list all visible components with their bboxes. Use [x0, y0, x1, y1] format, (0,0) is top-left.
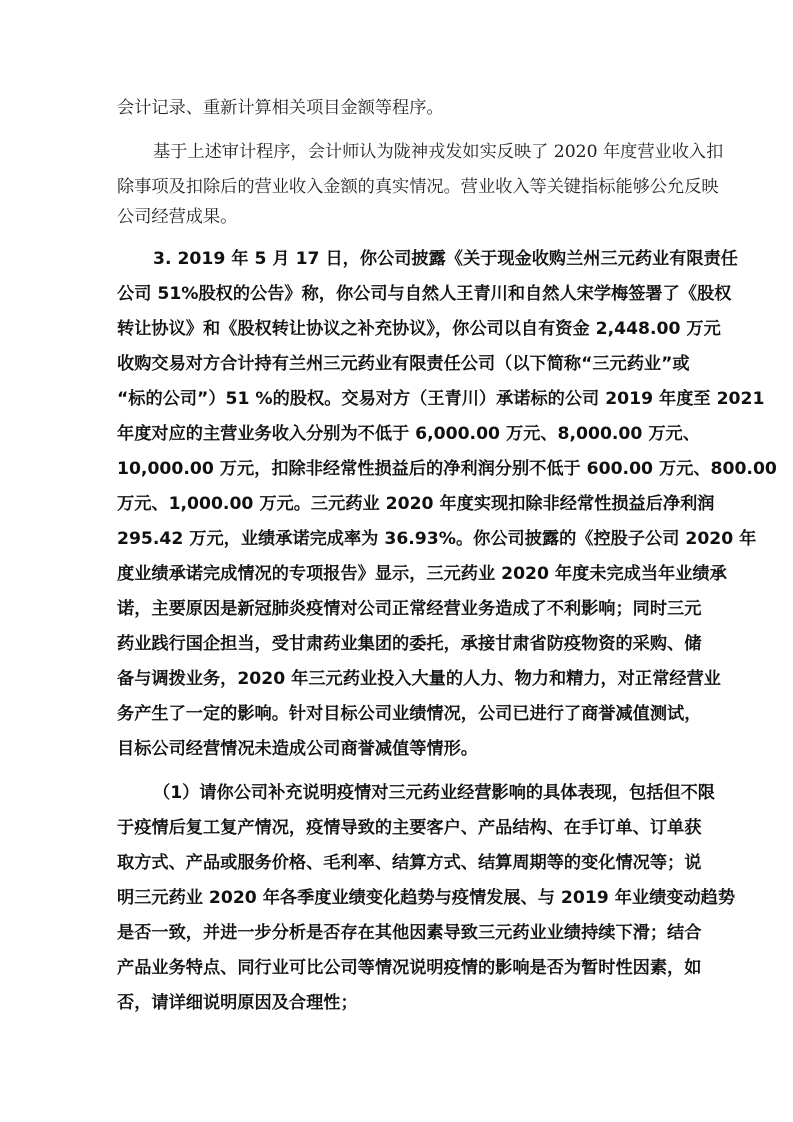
question-line: （1）请你公司补充说明疫情对三元药业经营影响的具体表现，包括但不限	[153, 783, 675, 803]
question-line: 诺，主要原因是新冠肺炎疫情对公司正常经营业务造成了不利影响；同时三元	[117, 599, 675, 619]
question-line: 目标公司经营情况未造成公司商誉减值等情形。	[117, 739, 478, 759]
question-line: 取方式、产品或服务价格、毛利率、结算方式、结算周期等的变化情况等；说	[117, 853, 675, 873]
question-line: 否，请详细说明原因及合理性；	[117, 993, 358, 1013]
question-line: 是否一致，并进一步分析是否存在其他因素导致三元药业业绩持续下滑；结合	[117, 923, 675, 943]
question-line: 度业绩承诺完成情况的专项报告》显示，三元药业 2020 年度未完成当年业绩承	[117, 564, 675, 584]
question-line: 3. 2019 年 5 月 17 日，你公司披露《关于现金收购兰州三元药业有限责…	[153, 249, 675, 269]
question-line: 295.42 万元，业绩承诺完成率为 36.93%。你公司披露的《控股子公司 2…	[117, 529, 675, 549]
question-line: 药业践行国企担当，受甘肃药业集团的委托，承接甘肃省防疫物资的采购、储	[117, 634, 675, 654]
question-line: 明三元药业 2020 年各季度业绩变化趋势与疫情发展、与 2019 年业绩变动趋…	[117, 888, 675, 908]
question-line: 于疫情后复工复产情况，疫情导致的主要客户、产品结构、在手订单、订单获	[117, 818, 675, 838]
question-line: “标的公司”）51 %的股权。交易对方（王青川）承诺标的公司 2019 年度至 …	[117, 389, 675, 409]
question-line: 年度对应的主营业务收入分别为不低于 6,000.00 万元、8,000.00 万…	[117, 424, 675, 444]
paragraph-line: 会计记录、重新计算相关项目金额等程序。	[117, 98, 444, 118]
question-line: 产品业务特点、同行业可比公司等情况说明疫情的影响是否为暂时性因素，如	[117, 958, 675, 978]
question-line: 转让协议》和《股权转让协议之补充协议》，你公司以自有资金 2,448.00 万元	[117, 319, 675, 339]
question-line: 务产生了一定的影响。针对目标公司业绩情况，公司已进行了商誉减值测试，	[117, 704, 675, 724]
question-line: 收购交易对方合计持有兰州三元药业有限责任公司（以下简称“三元药业”或	[117, 354, 675, 374]
paragraph-line: 基于上述审计程序，会计师认为陇神戎发如实反映了 2020 年度营业收入扣	[153, 142, 675, 162]
question-line: 10,000.00 万元，扣除非经常性损益后的净利润分别不低于 600.00 万…	[117, 459, 675, 479]
paragraph-line: 除事项及扣除后的营业收入金额的真实情况。营业收入等关键指标能够公允反映	[117, 177, 675, 197]
question-line: 万元、1,000.00 万元。三元药业 2020 年度实现扣除非经常性损益后净利…	[117, 494, 675, 514]
question-line: 公司 51%股权的公告》称，你公司与自然人王青川和自然人宋学梅签署了《股权	[117, 284, 675, 304]
paragraph-line: 公司经营成果。	[117, 207, 237, 227]
question-line: 备与调拨业务，2020 年三元药业投入大量的人力、物力和精力，对正常经营业	[117, 669, 675, 689]
